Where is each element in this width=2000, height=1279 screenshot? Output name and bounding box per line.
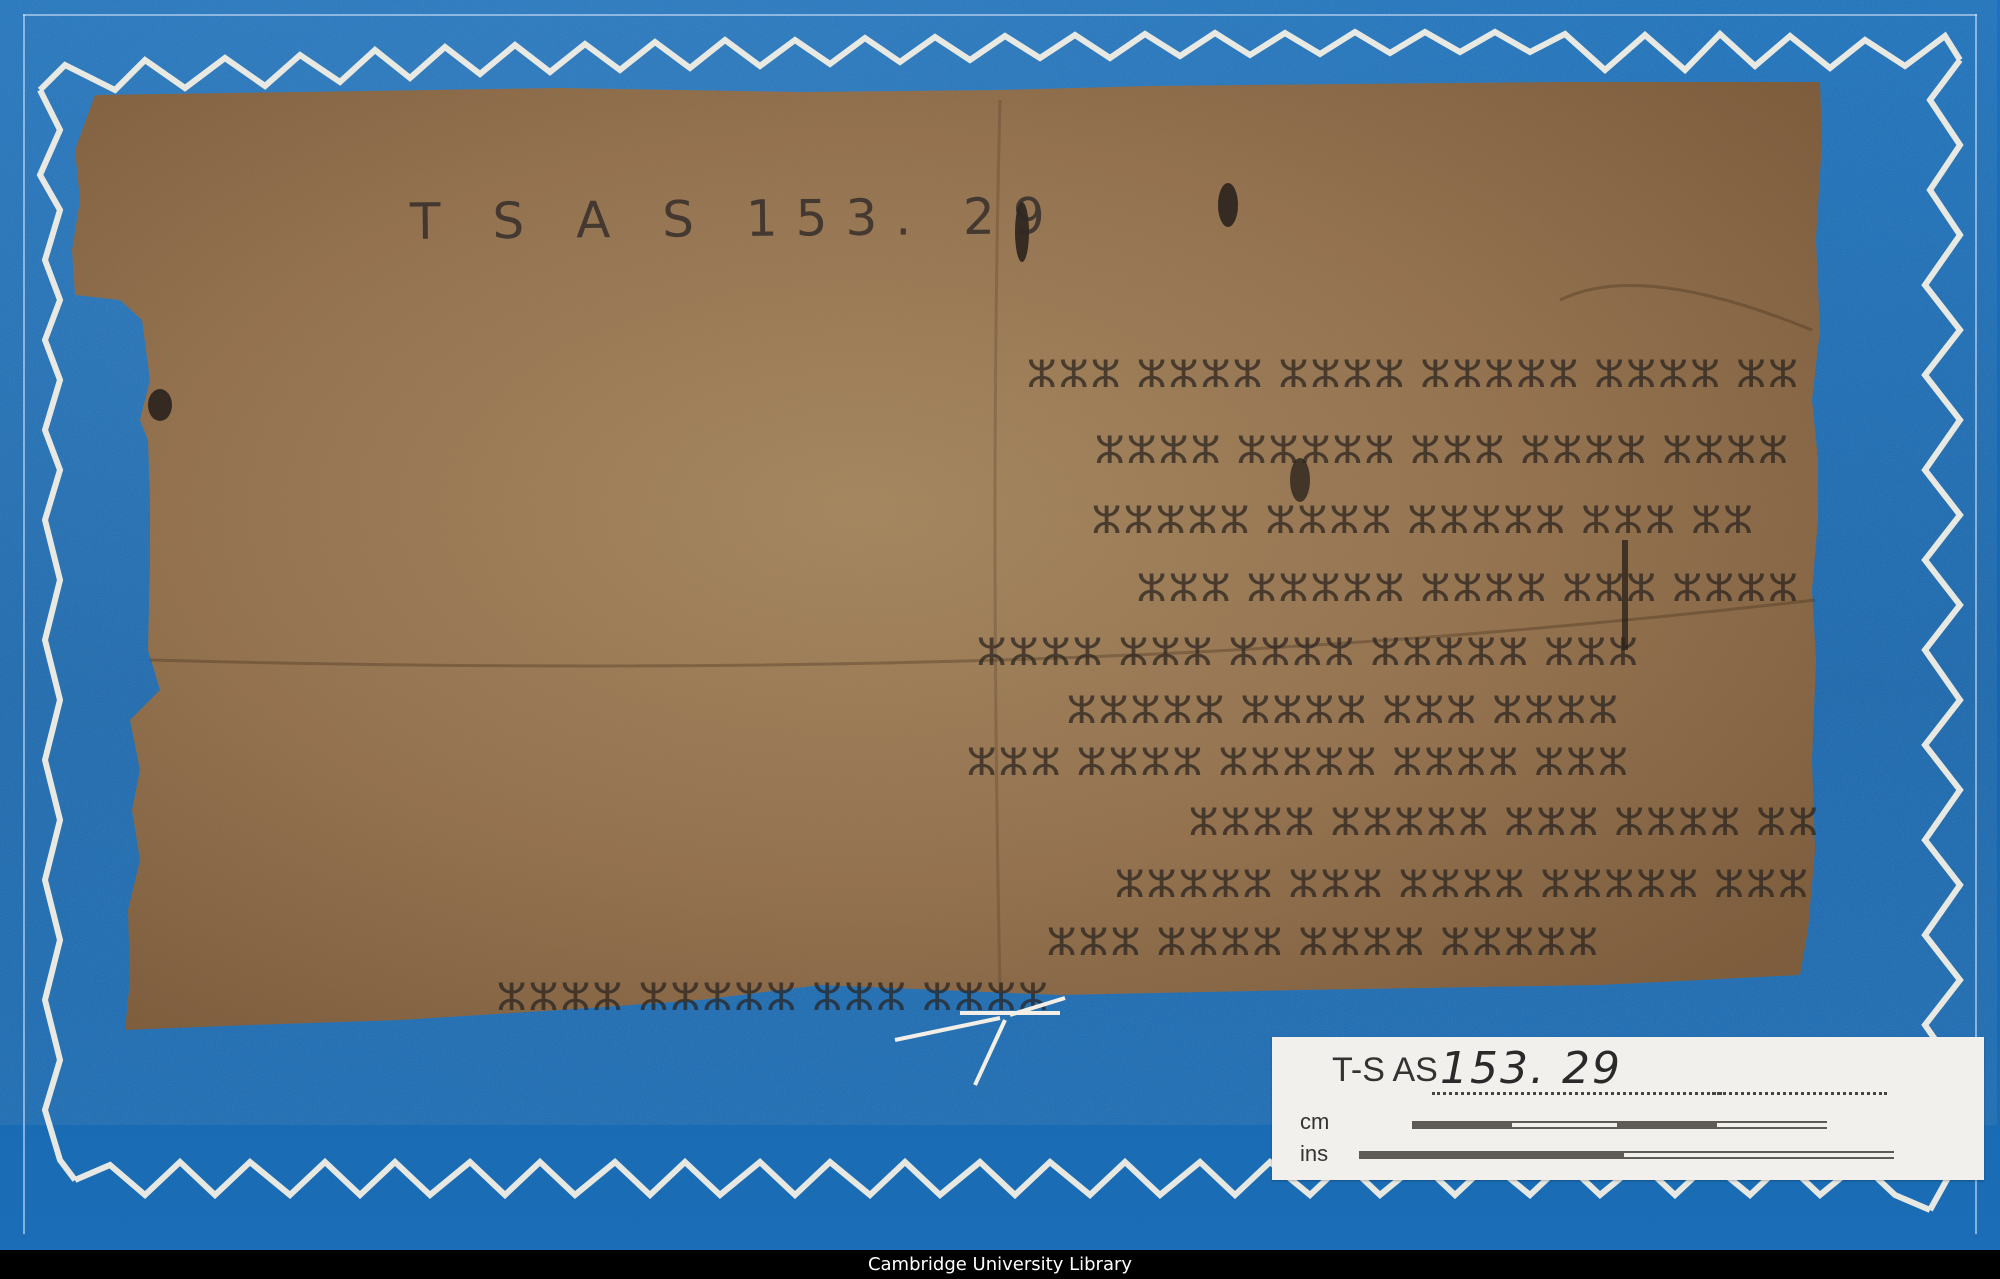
- scale-bar-cm: [1412, 1121, 1832, 1127]
- shelfmark-prefix: T-S AS: [1332, 1051, 1438, 1090]
- scale-label-cm: cm: [1300, 1109, 1329, 1135]
- scale-bar-ins: [1359, 1151, 1899, 1157]
- shelfmark-number: 153. 29: [1440, 1043, 1622, 1094]
- credit-footer: Cambridge University Library: [0, 1250, 2000, 1279]
- scale-label-ins: ins: [1300, 1141, 1328, 1167]
- thread-knot: [895, 998, 1065, 1085]
- manuscript-photograph: T S A S 153. 29 ⵣⵣⵣ ⵣⵣⵣⵣ ⵣⵣⵣⵣ ⵣⵣⵣⵣⵣ ⵣⵣⵣⵣ…: [0, 0, 2000, 1250]
- shelfmark-label: T-S AS 153. 29 cm ins: [1272, 1037, 1984, 1180]
- shelfmark-dotted-line-ext: [1712, 1092, 1887, 1095]
- shelfmark-dotted-line: [1432, 1092, 1722, 1095]
